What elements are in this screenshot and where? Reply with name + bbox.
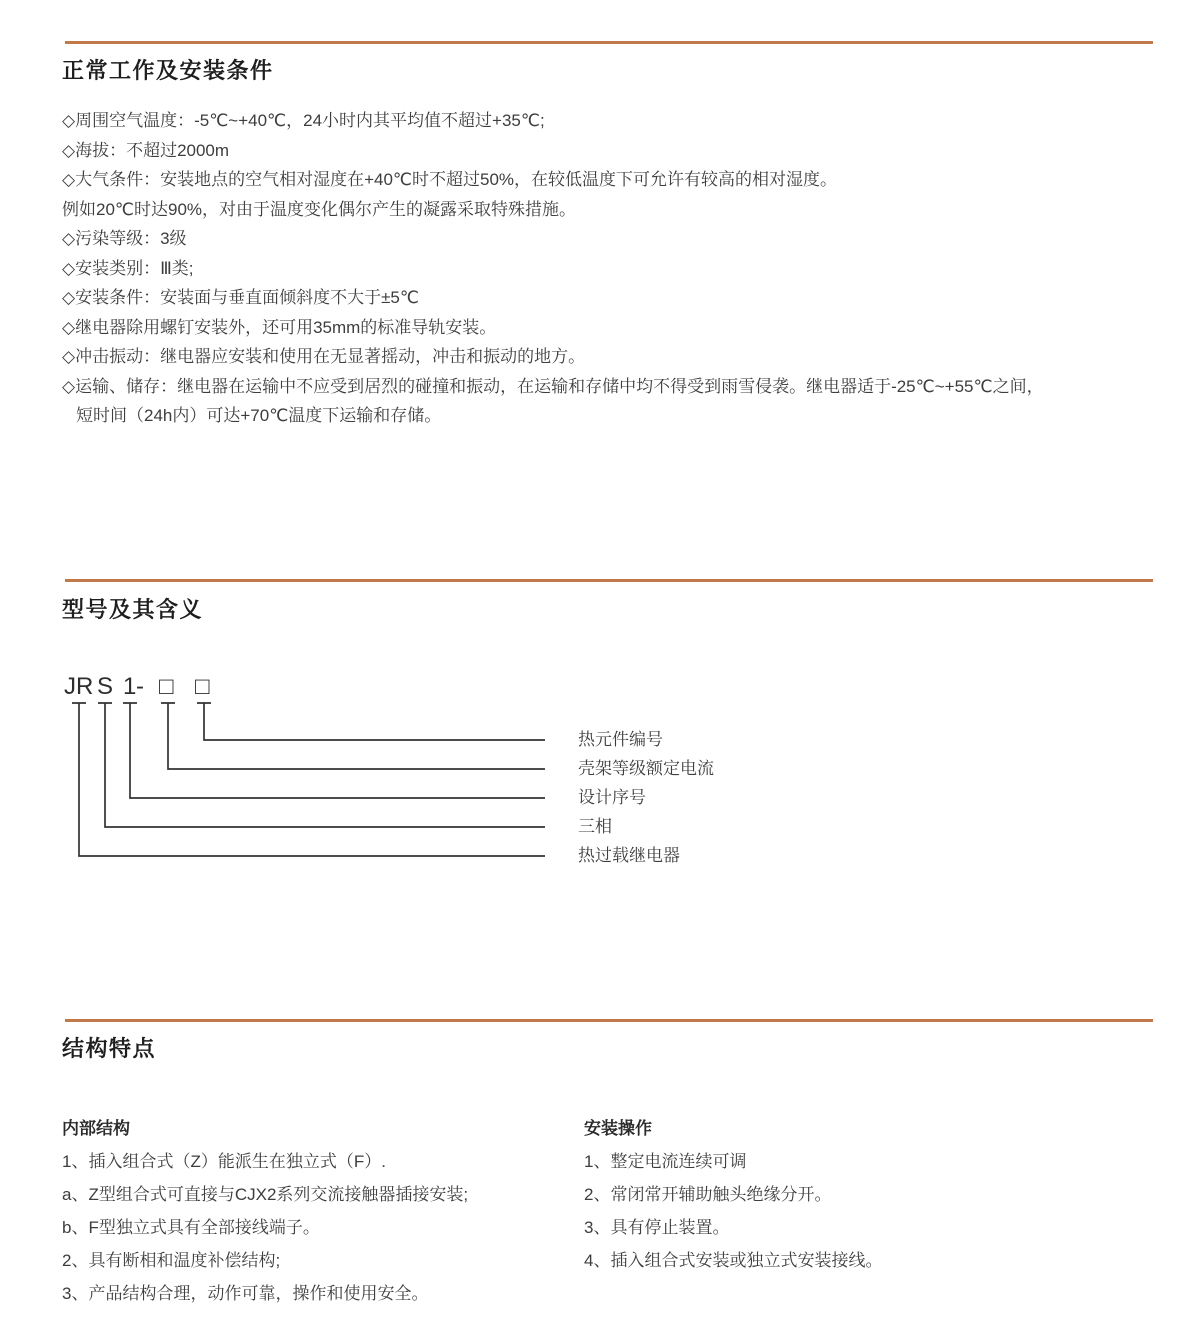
feature-line: 4、插入组合式安装或独立式安装接线。 bbox=[584, 1244, 882, 1277]
feature-line: 1、整定电流连续可调 bbox=[584, 1145, 882, 1178]
section-divider bbox=[65, 1019, 1153, 1022]
condition-line: 短时间（24h内）可达+70℃温度下运输和存储。 bbox=[62, 401, 1044, 431]
condition-line: ◇周围空气温度：-5℃~+40℃，24小时内其平均值不超过+35℃; bbox=[62, 106, 1044, 136]
model-label: 设计序号 bbox=[578, 788, 646, 808]
conditions-list: ◇周围空气温度：-5℃~+40℃，24小时内其平均值不超过+35℃; ◇海拔：不… bbox=[62, 106, 1044, 431]
section-title-features: 结构特点 bbox=[62, 1036, 156, 1062]
feature-line: 3、产品结构合理，动作可靠，操作和使用安全。 bbox=[62, 1277, 468, 1310]
model-label: 壳架等级额定电流 bbox=[578, 759, 714, 779]
internal-structure-header: 内部结构 bbox=[62, 1112, 468, 1145]
section-title-model: 型号及其含义 bbox=[62, 597, 203, 623]
condition-line: ◇大气条件：安装地点的空气相对湿度在+40℃时不超过50%，在较低温度下可允许有… bbox=[62, 165, 1044, 195]
condition-line: ◇运输、储存：继电器在运输中不应受到居烈的碰撞和振动，在运输和存储中均不得受到雨… bbox=[62, 372, 1044, 402]
section-title-conditions: 正常工作及安装条件 bbox=[62, 58, 274, 84]
install-operation-column: 安装操作 1、整定电流连续可调 2、常闭常开辅助触头绝缘分开。 3、具有停止装置… bbox=[584, 1112, 882, 1277]
install-operation-header: 安装操作 bbox=[584, 1112, 882, 1145]
condition-line: ◇安装类别：Ⅲ类; bbox=[62, 254, 1044, 284]
feature-line: a、Z型组合式可直接与CJX2系列交流接触器插接安装; bbox=[62, 1178, 468, 1211]
model-connector-lines bbox=[0, 690, 700, 870]
section-divider bbox=[65, 579, 1153, 582]
condition-line: ◇海拔：不超过2000m bbox=[62, 136, 1044, 166]
feature-line: 3、具有停止装置。 bbox=[584, 1211, 882, 1244]
feature-line: 2、具有断相和温度补偿结构; bbox=[62, 1244, 468, 1277]
feature-line: b、F型独立式具有全部接线端子。 bbox=[62, 1211, 468, 1244]
condition-line: 例如20℃时达90%，对由于温度变化偶尔产生的凝露采取特殊措施。 bbox=[62, 195, 1044, 225]
condition-line: ◇冲击振动：继电器应安装和使用在无显著摇动，冲击和振动的地方。 bbox=[62, 342, 1044, 372]
condition-line: ◇污染等级：3级 bbox=[62, 224, 1044, 254]
condition-line: ◇继电器除用螺钉安装外，还可用35mm的标准导轨安装。 bbox=[62, 313, 1044, 343]
section-divider bbox=[65, 41, 1153, 44]
model-label: 三相 bbox=[578, 817, 612, 837]
condition-line: ◇安装条件：安装面与垂直面倾斜度不大于±5℃ bbox=[62, 283, 1044, 313]
model-label: 热元件编号 bbox=[578, 730, 663, 750]
feature-line: 1、插入组合式（Z）能派生在独立式（F）. bbox=[62, 1145, 468, 1178]
datasheet-page: 正常工作及安装条件 ◇周围空气温度：-5℃~+40℃，24小时内其平均值不超过+… bbox=[0, 0, 1200, 1330]
internal-structure-column: 内部结构 1、插入组合式（Z）能派生在独立式（F）. a、Z型组合式可直接与CJ… bbox=[62, 1112, 468, 1310]
feature-line: 2、常闭常开辅助触头绝缘分开。 bbox=[584, 1178, 882, 1211]
model-label: 热过载继电器 bbox=[578, 846, 680, 866]
